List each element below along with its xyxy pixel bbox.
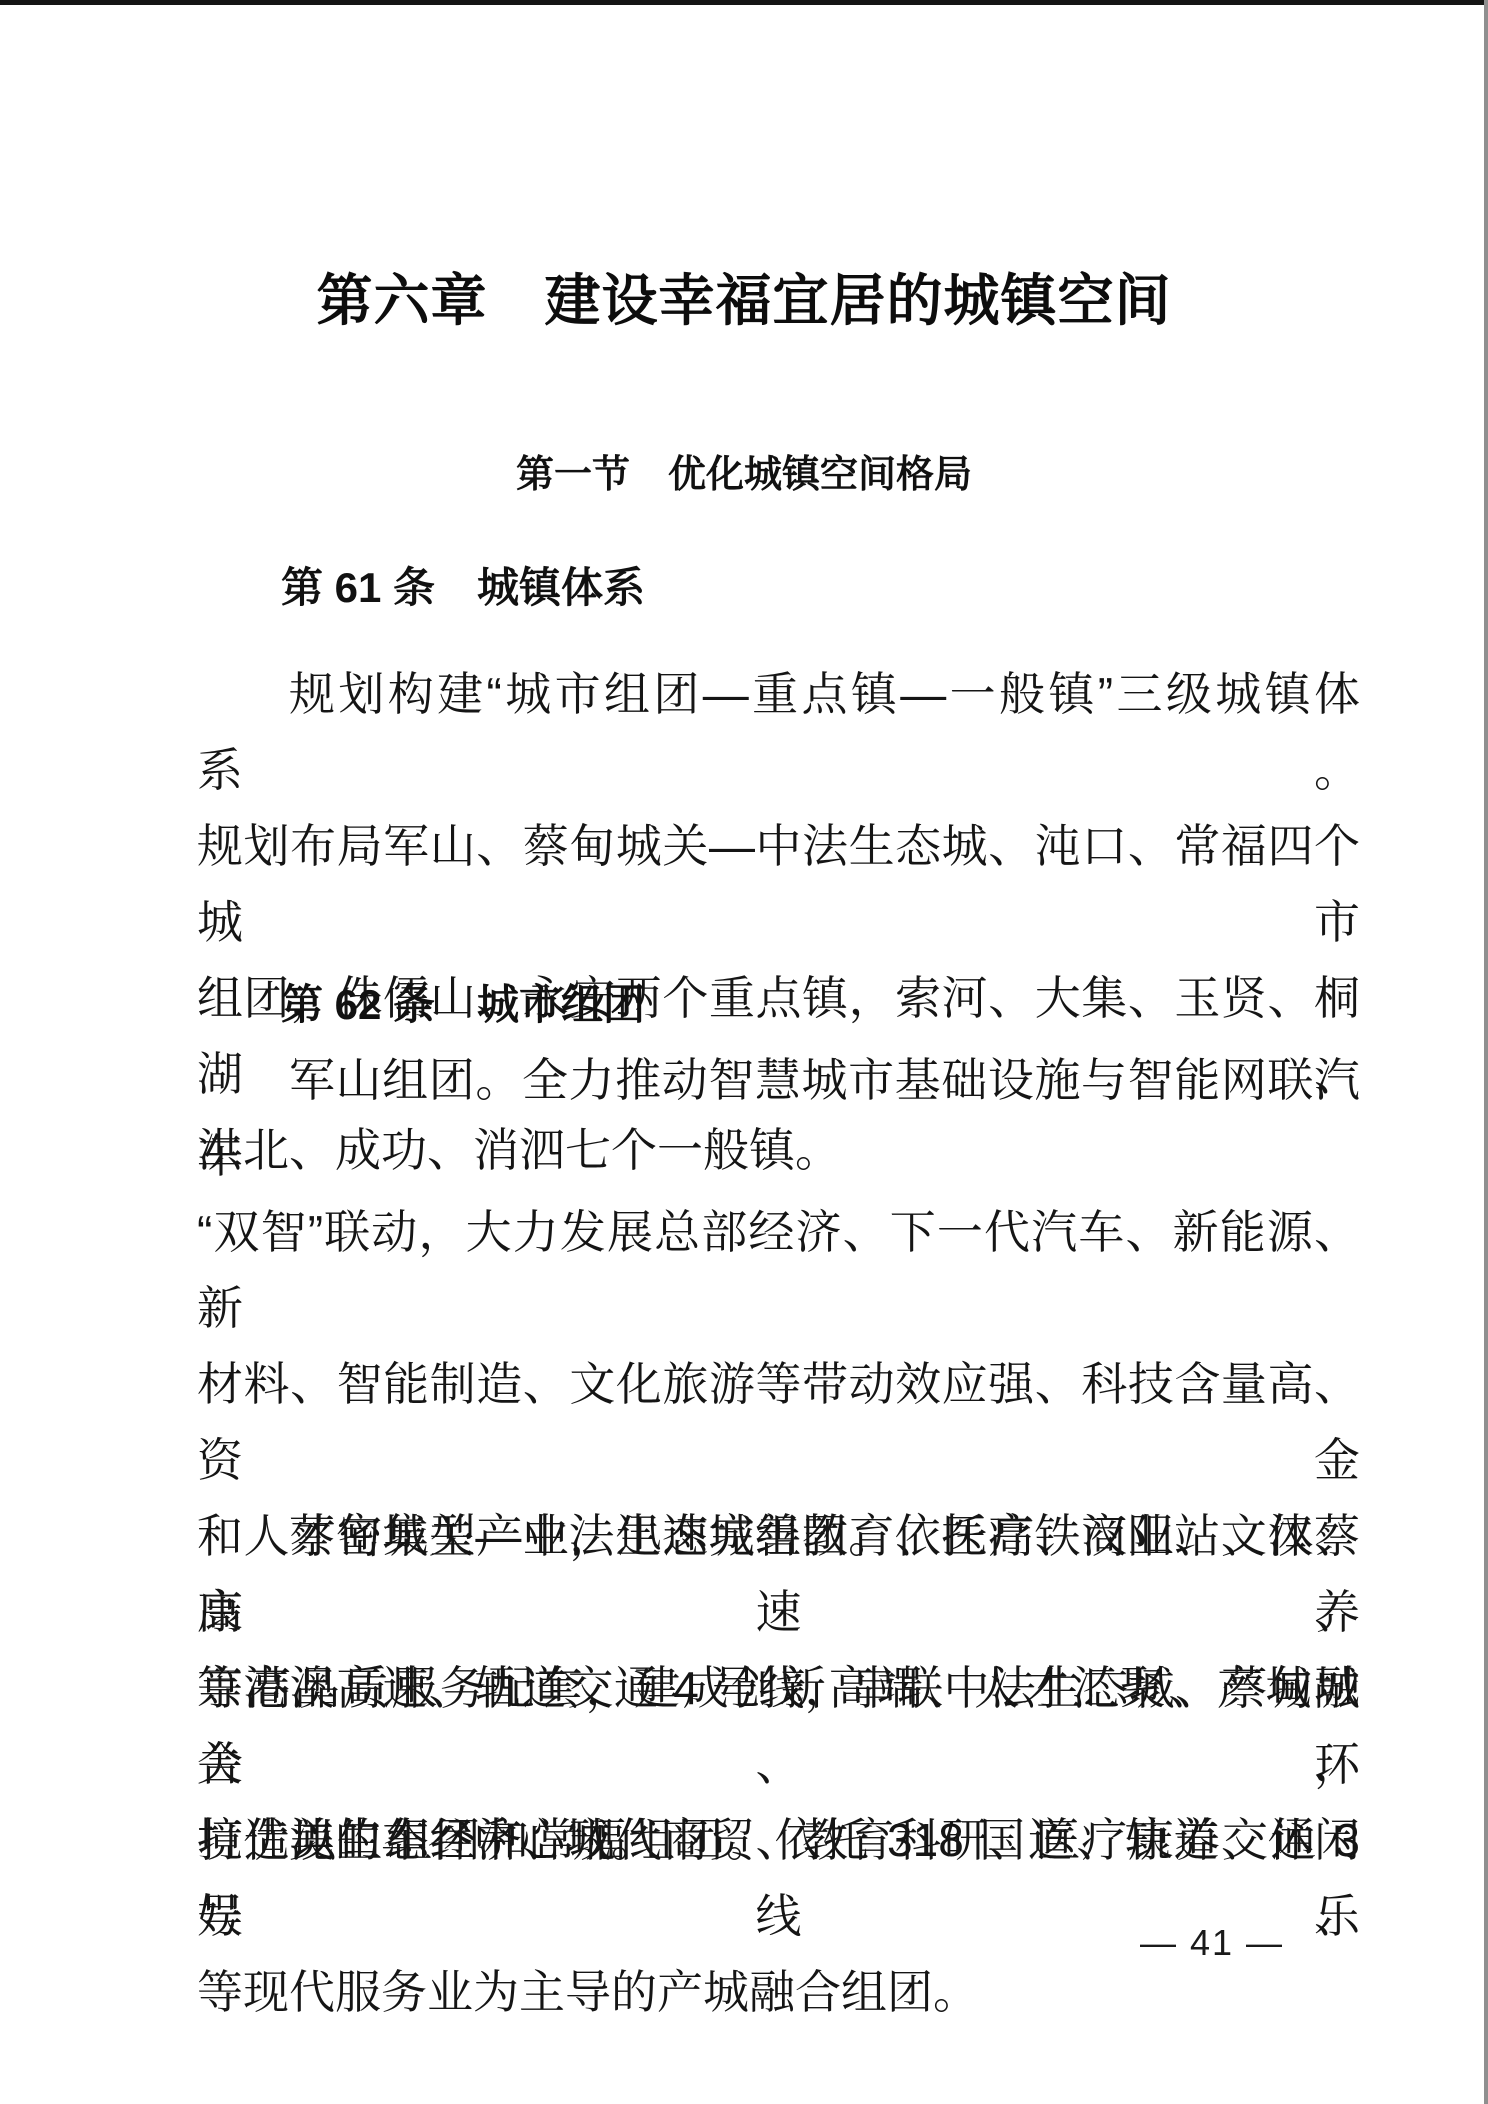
body-line: 京港澳高速、轨道交通 4 号线，串联中法生态城、蔡甸城关， bbox=[197, 1650, 1360, 1802]
article-61-heading: 第 61 条 城镇体系 bbox=[197, 563, 1360, 613]
body-line: 军山组团。全力推动智慧城市基础设施与智能网联汽车 bbox=[197, 1042, 1360, 1194]
body-line: 规划布局军山、蔡甸城关—中法生态城、沌口、常福四个城市 bbox=[197, 808, 1360, 960]
body-line: 蔡甸城关—中法生态城组团。依托高铁汉阳站、汉蔡高速、 bbox=[197, 1498, 1360, 1650]
body-line: 规划构建“城市组团—重点镇—一般镇”三级城镇体系。 bbox=[197, 656, 1360, 808]
body-line: 材料、智能制造、文化旅游等带动效应强、科技含量高、资金 bbox=[197, 1346, 1360, 1498]
article-62-heading: 第 62 条 城市组团 bbox=[197, 980, 1360, 1030]
page-number: — 41 — bbox=[1140, 1920, 1284, 1966]
body-line: “双智”联动，大力发展总部经济、下一代汽车、新能源、新 bbox=[197, 1194, 1360, 1346]
document-page: 第六章 建设幸福宜居的城镇空间 第一节 优化城镇空间格局 第 61 条 城镇体系… bbox=[0, 0, 1488, 2104]
text-column: 第 61 条 城镇体系 规划构建“城市组团—重点镇—一般镇”三级城镇体系。 规划… bbox=[197, 0, 1360, 2104]
